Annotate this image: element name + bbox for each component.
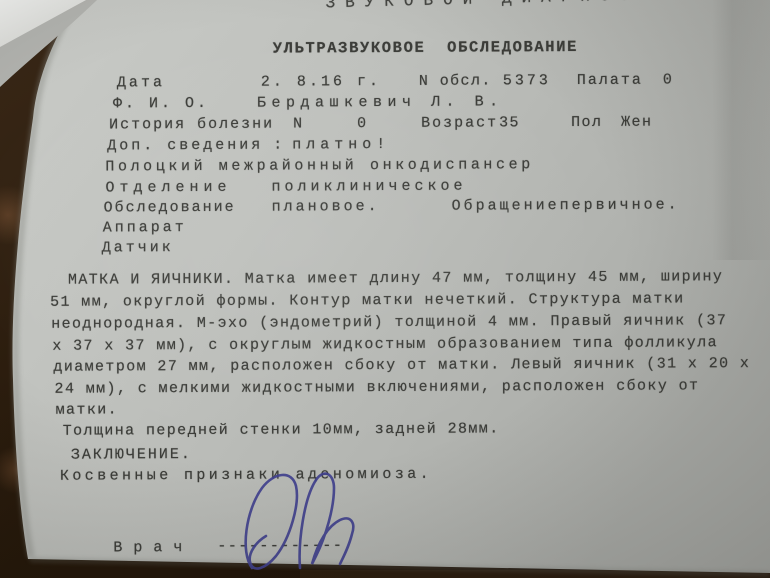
exam-type-label: Обследование bbox=[104, 200, 236, 217]
ward-label: Палата bbox=[577, 73, 643, 90]
exam-number-value: 5373 bbox=[503, 73, 551, 90]
department-value: поликлиническое bbox=[271, 179, 466, 197]
history-label: История болезни bbox=[109, 117, 274, 134]
findings-line: х 37 х 37 мм), с округлым жидкостным обр… bbox=[52, 335, 718, 355]
visit-label: Обращение bbox=[452, 198, 560, 215]
visit-value: первичное. bbox=[560, 197, 680, 214]
extra-info-value: платно! bbox=[292, 137, 390, 154]
findings-line: диаметром 27 мм, расположен сбоку от мат… bbox=[53, 356, 750, 376]
findings-line: 24 мм), с мелкими жидкостными включениям… bbox=[54, 378, 699, 398]
date-label: Дата bbox=[117, 75, 165, 92]
age-label: Возраст bbox=[421, 115, 498, 132]
exam-number-label: N обсл. bbox=[419, 73, 492, 90]
signature-dashed-line: ------------ bbox=[217, 538, 343, 555]
department-label: Отделение bbox=[105, 180, 231, 197]
extra-info-label: Доп. сведения bbox=[107, 138, 263, 155]
conclusion-text: Косвенные признаки аденомиоза. bbox=[60, 467, 432, 485]
patient-name-value: Бердашкевич Л. В. bbox=[257, 94, 504, 112]
sex-value: Жен bbox=[621, 115, 652, 132]
device-label: Аппарат bbox=[103, 220, 187, 237]
history-n: N bbox=[293, 116, 303, 133]
document-photo: ЗВУКОВОЙ ДИАГНОСТИКИ УЛЬТРАЗВУКОВОЕ ОБСЛ… bbox=[0, 0, 770, 578]
findings-line: 51 мм, округлой формы. Контур матки нече… bbox=[50, 291, 685, 311]
doctor-label: Врач bbox=[113, 540, 193, 557]
sex-label: Пол bbox=[571, 115, 602, 132]
cut-off-header-line: ЗВУКОВОЙ ДИАГНОСТИКИ bbox=[325, 0, 717, 13]
ward-value: 0 bbox=[663, 72, 673, 89]
report-text-layer: ЗВУКОВОЙ ДИАГНОСТИКИ УЛЬТРАЗВУКОВОЕ ОБСЛ… bbox=[0, 0, 770, 578]
findings-line: МАТКА И ЯИЧНИКИ. Матка имеет длину 47 мм… bbox=[68, 269, 723, 289]
exam-type-value: плановое. bbox=[272, 199, 380, 216]
report-title: УЛЬТРАЗВУКОВОЕ ОБСЛЕДОВАНИЕ bbox=[273, 39, 578, 58]
extra-info-separator: : bbox=[273, 138, 283, 155]
findings-line: неоднородная. М-эхо (эндометрий) толщино… bbox=[51, 313, 727, 333]
conclusion-heading: ЗАКЛЮЧЕНИЕ. bbox=[71, 447, 192, 464]
probe-label: Датчик bbox=[102, 240, 174, 257]
date-value: 2. 8.16 г. bbox=[261, 74, 381, 91]
history-value: 0 bbox=[357, 116, 367, 133]
findings-line: матки. bbox=[56, 402, 119, 419]
age-value: 35 bbox=[499, 115, 520, 132]
clinic-name: Полоцкий межрайонный онкодиспансер bbox=[105, 157, 534, 176]
findings-line: Толщина передней стенки 10мм, задней 28м… bbox=[63, 421, 500, 440]
patient-name-label: Ф. И. О. bbox=[113, 96, 209, 113]
